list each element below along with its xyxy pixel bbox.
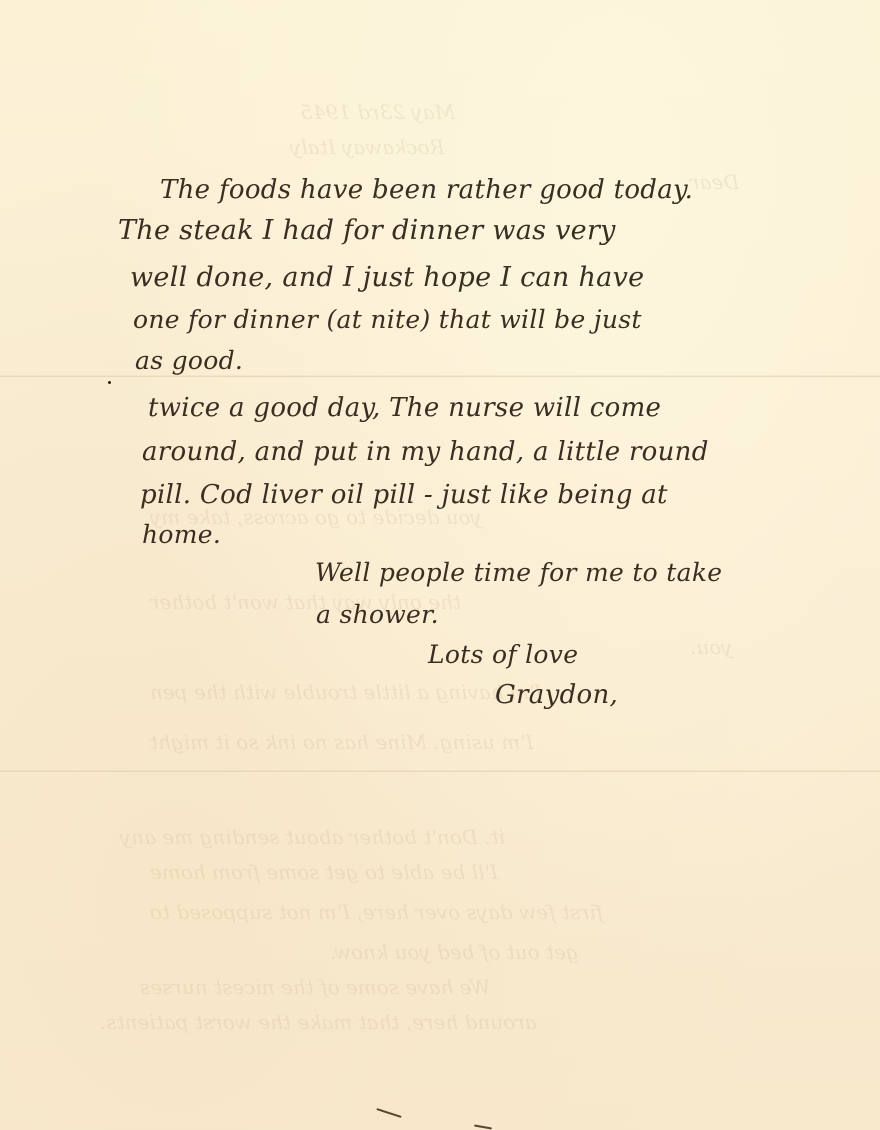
ghost-date: May 23rd 1945 [300, 100, 455, 124]
letter-line: around, and put in my hand, a little rou… [142, 437, 709, 467]
letter-line: home. [142, 520, 221, 549]
letter-line: Well people time for me to take [315, 558, 722, 587]
signature: Graydon, [495, 680, 618, 710]
ghost-line: I'll be able to get some from home [150, 860, 498, 884]
ghost-line: I'm having a little trouble with the pen [150, 680, 542, 704]
ghost-line: get out of bed you know. [330, 940, 579, 964]
ghost-line: it. Don't bother about sending me any [120, 825, 505, 849]
ghost-line: first few days over here, I'm not suppos… [150, 900, 603, 924]
fold-line [0, 375, 880, 378]
letter-line: well done, and I just hope I can have [130, 262, 644, 293]
ghost-line: We have some of the nicest nurses [140, 975, 490, 999]
letter-line: pill. Cod liver oil pill - just like bei… [140, 480, 668, 510]
ghost-salutation: Dear [690, 170, 739, 194]
letter-line: The steak I had for dinner was very [118, 215, 616, 246]
letter-line: The foods have been rather good today. [160, 175, 693, 205]
closing: Lots of love [428, 640, 578, 669]
letter-line: a shower. [316, 600, 439, 629]
ghost-place: Rockaway Italy [290, 135, 445, 159]
fold-line [0, 770, 880, 773]
ghost-line: around here, that make the worst patient… [100, 1010, 537, 1034]
letter-line: as good. [135, 346, 243, 375]
ghost-line: you. [690, 635, 733, 659]
letter-line: one for dinner (at nite) that will be ju… [133, 305, 642, 334]
letter-line: twice a good day, The nurse will come [148, 393, 661, 423]
ghost-line: I'm using. Mine has no ink so it might [150, 730, 534, 754]
ink-dot [108, 381, 111, 384]
